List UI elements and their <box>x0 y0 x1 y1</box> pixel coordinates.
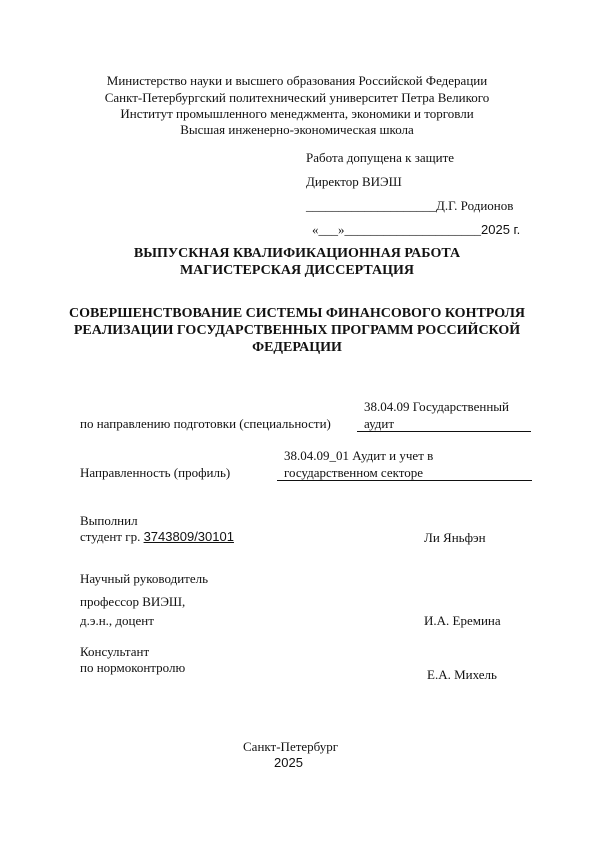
ministry-line: Министерство науки и высшего образования… <box>0 73 594 89</box>
profile-value-line-1: 38.04.09_01 Аудит и учет в <box>284 448 433 464</box>
date-day-blank: ___ <box>319 222 339 237</box>
direction-underline <box>357 431 531 432</box>
student-group-prefix: студент гр. <box>80 529 144 544</box>
degree-type: МАГИСТЕРСКАЯ ДИССЕРТАЦИЯ <box>0 263 594 279</box>
director-name: Д.Г. Родионов <box>436 198 513 213</box>
institute-line: Институт промышленного менеджмента, экон… <box>0 106 594 122</box>
university-line: Санкт-Петербургский политехнический унив… <box>0 90 594 106</box>
supervisor-label-3: д.э.н., доцент <box>80 613 154 629</box>
director-position: Директор ВИЭШ <box>306 174 402 190</box>
direction-value-line-1: 38.04.09 Государственный <box>364 399 509 415</box>
student-group-number: 3743809/30101 <box>144 529 234 544</box>
director-signature-row: ____________________Д.Г. Родионов <box>306 198 513 214</box>
profile-value-line-2: государственном секторе <box>284 465 423 481</box>
student-label-1: Выполнил <box>80 513 138 529</box>
topic-line-2: РЕАЛИЗАЦИИ ГОСУДАРСТВЕННЫХ ПРОГРАММ РОСС… <box>0 323 594 339</box>
consultant-name: Е.А. Михель <box>427 667 497 683</box>
supervisor-label-1: Научный руководитель <box>80 571 208 587</box>
school-line: Высшая инженерно-экономическая школа <box>0 122 594 138</box>
profile-label: Направленность (профиль) <box>80 465 230 481</box>
direction-value-line-2: аудит <box>364 416 394 432</box>
consultant-label-1: Консультант <box>80 644 149 660</box>
profile-underline <box>277 480 532 481</box>
direction-label: по направлению подготовки (специальности… <box>80 416 331 432</box>
topic-line-1: СОВЕРШЕНСТВОВАНИЕ СИСТЕМЫ ФИНАНСОВОГО КО… <box>0 306 594 322</box>
topic-line-3: ФЕДЕРАЦИИ <box>0 340 594 356</box>
signature-line: ____________________ <box>306 198 436 213</box>
date-month-blank: _____________________ <box>345 222 482 237</box>
student-label-2: студент гр. 3743809/30101 <box>80 529 234 545</box>
supervisor-name: И.А. Еремина <box>424 613 501 629</box>
supervisor-label-2: профессор ВИЭШ, <box>80 594 185 610</box>
footer-city: Санкт-Петербург <box>243 739 338 755</box>
student-name: Ли Яньфэн <box>424 530 486 546</box>
footer-year: 2025 <box>274 755 303 770</box>
admitted-text: Работа допущена к защите <box>306 150 454 166</box>
approval-date-row: «___»_____________________2025 г. <box>312 222 520 238</box>
consultant-label-2: по нормоконтролю <box>80 660 185 676</box>
work-type: ВЫПУСКНАЯ КВАЛИФИКАЦИОННАЯ РАБОТА <box>0 246 594 262</box>
date-year: 2025 г. <box>481 222 520 237</box>
